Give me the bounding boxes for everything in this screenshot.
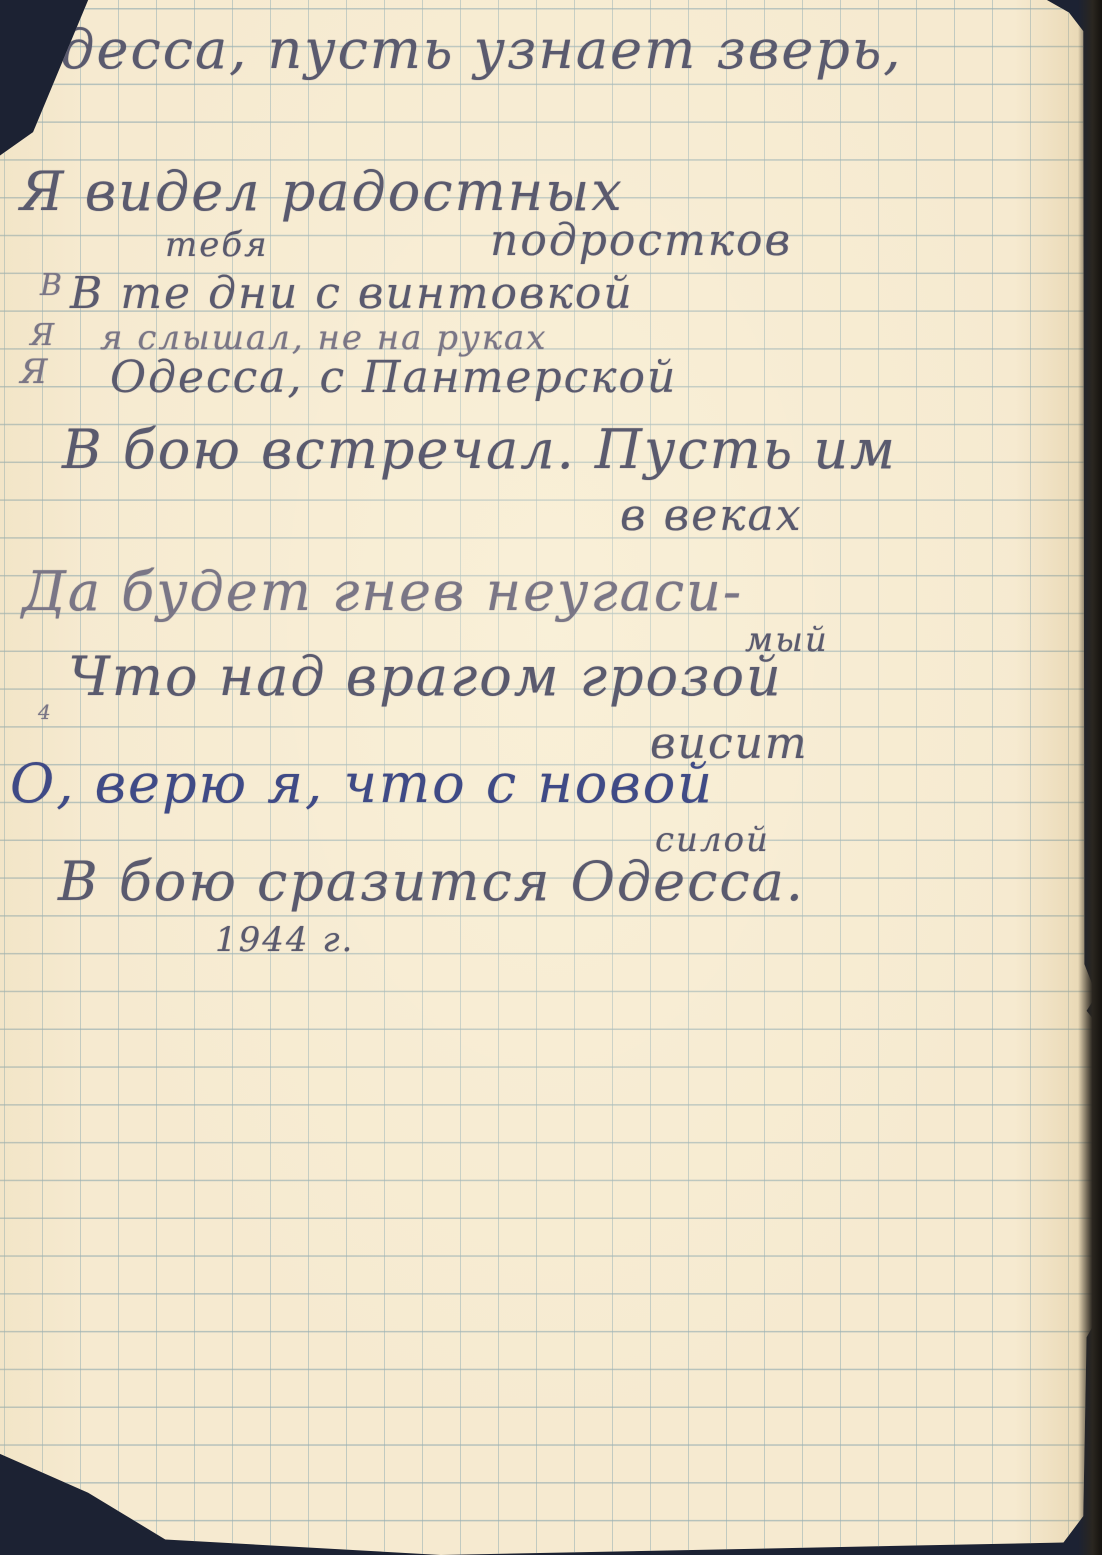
- notebook-spine-shadow: [1078, 0, 1102, 1555]
- poem-line-7: В бою встречал. Пусть им: [62, 418, 897, 481]
- notebook-page: Одесса, пусть узнает зверь, Я видел радо…: [0, 0, 1102, 1555]
- poem-line-3-insert-tebya: тебя: [165, 225, 269, 265]
- poem-line-8: в веках: [620, 490, 803, 541]
- poem-line-3-podrostkov: подростков: [490, 215, 792, 266]
- margin-mark-4: 4: [38, 700, 53, 724]
- margin-mark-2: Я: [30, 318, 56, 353]
- margin-mark-1: В: [40, 268, 64, 303]
- poem-line-11: Что над врагом грозой: [68, 645, 783, 708]
- margin-mark-3: Я: [20, 352, 49, 392]
- poem-line-2: Я видел радостных: [20, 160, 624, 223]
- poem-line-15: В бою сразится Одесса.: [58, 850, 805, 913]
- poem-line-6: Одесса, с Пантерской: [110, 352, 677, 403]
- poem-line-13: О, верю я, что с новой: [10, 752, 714, 815]
- poem-line-4: В те дни с винтовкой: [70, 268, 634, 319]
- poem-line-9: Да будет гнев неугаси-: [22, 560, 743, 623]
- poem-line-1: Одесса, пусть узнает зверь,: [14, 18, 902, 81]
- date-note: 1944 г.: [215, 920, 354, 960]
